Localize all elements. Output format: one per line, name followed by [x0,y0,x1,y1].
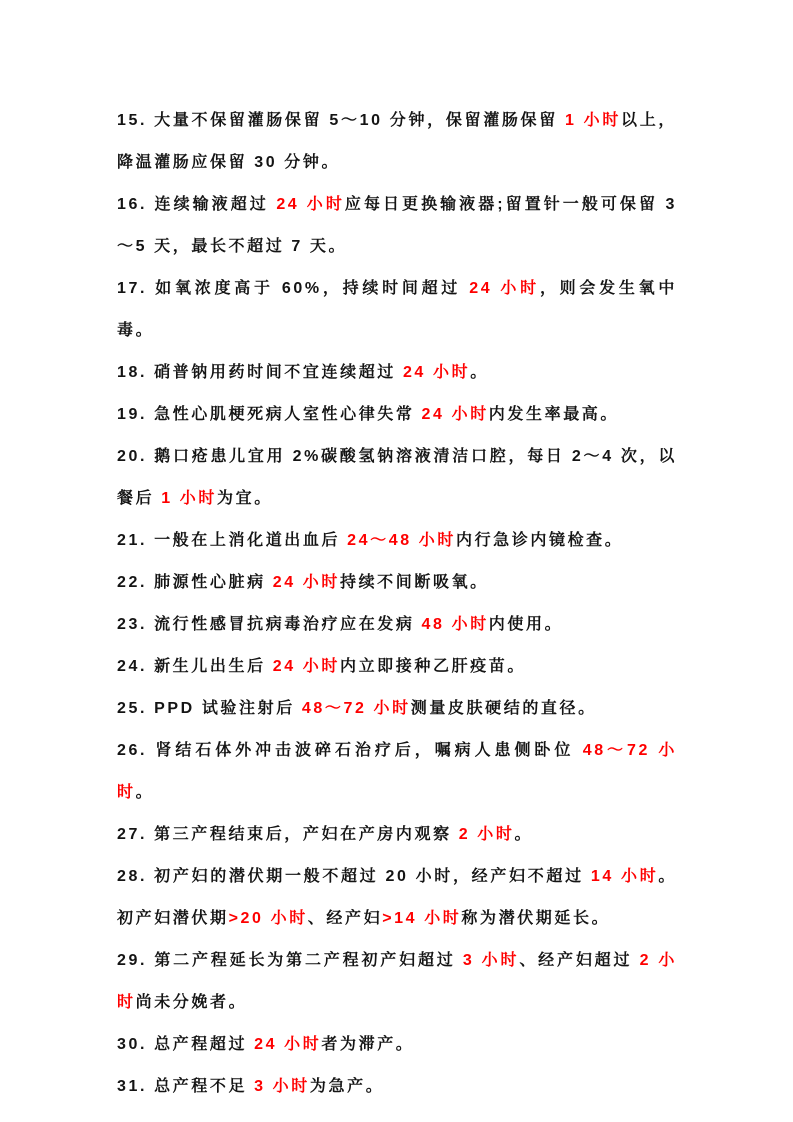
highlighted-duration: 48 小时 [422,616,489,633]
note-text: 。 [470,364,489,381]
note-text: 称为潜伏期延长。 [461,910,610,927]
note-item: 21. 一般在上消化道出血后 24～48 小时内行急诊内镜检查。 [117,520,677,562]
note-text: 、经产妇超过 [519,952,639,969]
note-item: 23. 流行性感冒抗病毒治疗应在发病 48 小时内使用。 [117,604,677,646]
note-text: 尚未分娩者。 [136,994,248,1011]
note-text: 22. 肺源性心脏病 [117,574,273,591]
note-text: 测量皮肤硬结的直径。 [411,700,597,717]
note-item: 22. 肺源性心脏病 24 小时持续不间断吸氧。 [117,562,677,604]
note-text: 内发生率最高。 [489,406,619,423]
note-item: 27. 第三产程结束后，产妇在产房内观察 2 小时。 [117,814,677,856]
highlighted-duration: 24 小时 [276,196,345,213]
note-item: 20. 鹅口疮患儿宜用 2%碳酸氢钠溶液清洁口腔，每日 2～4 次，以餐后 1 … [117,436,677,520]
note-text: 15. 大量不保留灌肠保留 5～10 分钟，保留灌肠保留 [117,112,565,129]
note-text: 25. PPD 试验注射后 [117,700,302,717]
note-text: 23. 流行性感冒抗病毒治疗应在发病 [117,616,422,633]
note-text: 内使用。 [489,616,563,633]
note-item: 24. 新生儿出生后 24 小时内立即接种乙肝疫苗。 [117,646,677,688]
highlighted-duration: 24 小时 [273,574,340,591]
highlighted-duration: >14 小时 [382,910,461,927]
note-item: 16. 连续输液超过 24 小时应每日更换输液器;留置针一般可保留 3～5 天，… [117,184,677,268]
highlighted-duration: 24 小时 [403,364,470,381]
highlighted-duration: 24～48 小时 [347,532,456,549]
note-text: 17. 如氧浓度高于 60%，持续时间超过 [117,280,469,297]
note-item: 26. 肾结石体外冲击波碎石治疗后，嘱病人患侧卧位 48～72 小时。 [117,730,677,814]
note-text: 28. 初产妇的潜伏期一般不超过 20 小时，经产妇不超过 [117,868,591,885]
note-text: 。 [514,826,533,843]
highlighted-duration: >20 小时 [229,910,308,927]
highlighted-duration: 14 小时 [591,868,659,885]
note-item: 17. 如氧浓度高于 60%，持续时间超过 24 小时，则会发生氧中毒。 [117,268,677,352]
note-text: 16. 连续输液超过 [117,196,276,213]
note-text: 。 [136,784,155,801]
note-text: 内行急诊内镜检查。 [456,532,623,549]
note-text: 30. 总产程超过 [117,1036,254,1053]
note-item: 18. 硝普钠用药时间不宜连续超过 24 小时。 [117,352,677,394]
highlighted-duration: 3 小时 [463,952,519,969]
note-text: 31. 总产程不足 [117,1078,254,1095]
note-text: 24. 新生儿出生后 [117,658,273,675]
note-text: 26. 肾结石体外冲击波碎石治疗后，嘱病人患侧卧位 [117,742,583,759]
highlighted-duration: 24 小时 [469,280,540,297]
note-text: 21. 一般在上消化道出血后 [117,532,347,549]
note-text: 为宜。 [217,490,273,507]
note-text: 18. 硝普钠用药时间不宜连续超过 [117,364,403,381]
document-page: 15. 大量不保留灌肠保留 5～10 分钟，保留灌肠保留 1 小时以上，降温灌肠… [0,0,793,1122]
note-text: 、经产妇 [308,910,382,927]
highlighted-duration: 24 小时 [254,1036,321,1053]
notes-list: 15. 大量不保留灌肠保留 5～10 分钟，保留灌肠保留 1 小时以上，降温灌肠… [117,100,677,1108]
highlighted-duration: 2 小时 [459,826,515,843]
note-text: 27. 第三产程结束后，产妇在产房内观察 [117,826,459,843]
note-item: 30. 总产程超过 24 小时者为滞产。 [117,1024,677,1066]
note-text: 持续不间断吸氧。 [340,574,489,591]
highlighted-duration: 48～72 小时 [302,700,411,717]
highlighted-duration: 24 小时 [422,406,489,423]
highlighted-duration: 24 小时 [273,658,340,675]
highlighted-duration: 3 小时 [254,1078,310,1095]
note-text: 者为滞产。 [321,1036,414,1053]
note-item: 28. 初产妇的潜伏期一般不超过 20 小时，经产妇不超过 14 小时。初产妇潜… [117,856,677,940]
note-item: 25. PPD 试验注射后 48～72 小时测量皮肤硬结的直径。 [117,688,677,730]
note-text: 内立即接种乙肝疫苗。 [340,658,526,675]
note-text: 19. 急性心肌梗死病人室性心律失常 [117,406,422,423]
note-item: 19. 急性心肌梗死病人室性心律失常 24 小时内发生率最高。 [117,394,677,436]
note-text: 为急产。 [310,1078,384,1095]
note-text: 29. 第二产程延长为第二产程初产妇超过 [117,952,463,969]
highlighted-duration: 1 小时 [161,490,217,507]
note-item: 29. 第二产程延长为第二产程初产妇超过 3 小时、经产妇超过 2 小时尚未分娩… [117,940,677,1024]
note-item: 31. 总产程不足 3 小时为急产。 [117,1066,677,1108]
note-item: 15. 大量不保留灌肠保留 5～10 分钟，保留灌肠保留 1 小时以上，降温灌肠… [117,100,677,184]
highlighted-duration: 1 小时 [565,112,621,129]
